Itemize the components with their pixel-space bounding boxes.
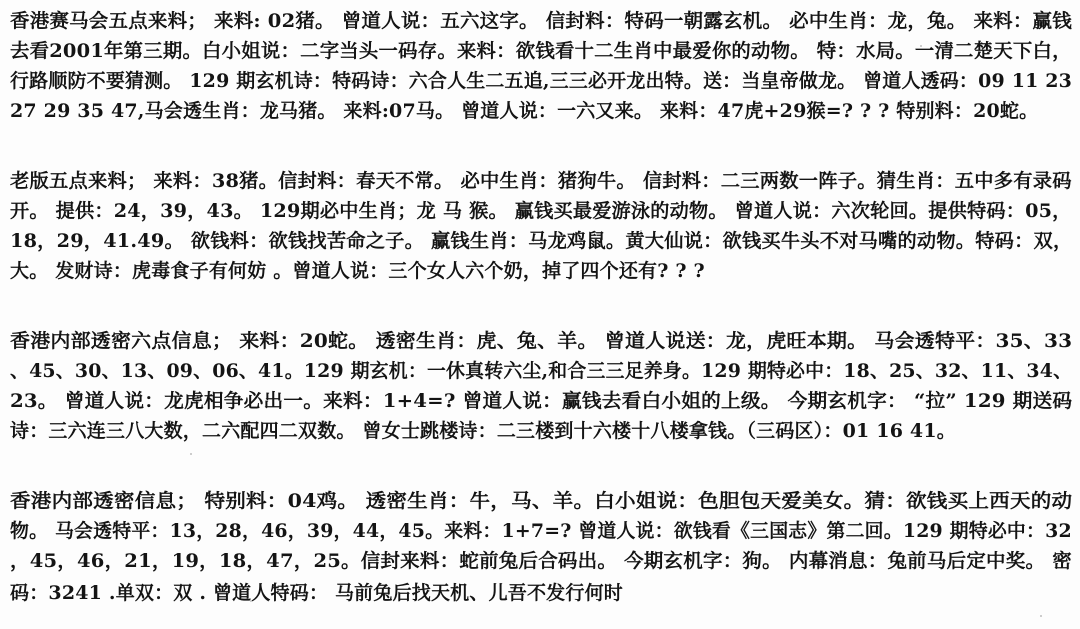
text-line: 诗：三六连三八大数，二六配四二双数。 曾女士跳楼诗：二三楼到十六楼十八楼拿钱。（…	[10, 418, 956, 444]
text-line: 18，29，41.49。 欲钱料：欲钱找苦命之子。 赢钱生肖：马龙鸡鼠。黄大仙说…	[10, 228, 1072, 254]
text-line: 27 29 35 47,马会透生肖：龙马猪。 来料:07马。 曾道人说：一六又来…	[10, 98, 1038, 124]
scan-noise	[190, 453, 192, 455]
text-line: 物。 马会透特平：13，28，46，39，44，45。来料：1+7=? 曾道人说…	[10, 518, 1072, 544]
scanned-document-page: 香港赛马会五点来料； 来料: 02猪。 曾道人说：五六这字。 信封料：特码一朝露…	[0, 0, 1080, 629]
scan-noise	[1040, 615, 1042, 617]
text-line: 码：3241 .单双：双 . 曾道人特码： 马前兔后找天机、儿吾不发行何时	[10, 580, 623, 606]
text-line: 香港赛马会五点来料； 来料: 02猪。 曾道人说：五六这字。 信封料：特码一朝露…	[10, 8, 1072, 34]
text-line: 香港内部透密信息； 特别料：04鸡。 透密生肖：牛，马、羊。白小姐说：色胆包天爱…	[10, 488, 1072, 514]
text-line: ，45，46，21，19，18，47，25。信封来料：蛇前兔后合码出。 今期玄机…	[10, 548, 1072, 574]
text-line: 、45、30、13、09、06、41。129 期玄机：一休真转六尘,和合三三足养…	[10, 358, 1072, 384]
text-line: 行路顺防不要猜测。 129 期玄机诗：特码诗：六合人生二五追,三三必开龙出特。送…	[10, 68, 1072, 94]
scan-noise	[250, 600, 252, 602]
scan-noise	[920, 45, 922, 47]
text-line: 去看2001年第三期。白小姐说：二字当头一码存。来料：欲钱看十二生肖中最爱你的动…	[10, 38, 1072, 64]
text-line: 23。 曾道人说：龙虎相争必出一。来料：1+4=? 曾道人说：赢钱去看白小姐的上…	[10, 388, 1072, 414]
text-line: 开。 提供：24，39，43。 129期必中生肖；龙 马 猴。 赢钱买最爱游泳的…	[10, 198, 1072, 224]
text-line: 老版五点来料； 来料：38猪。信封料：春天不常。 必中生肖：猪狗牛。 信封料：二…	[10, 168, 1072, 194]
scan-noise	[640, 230, 642, 232]
text-line: 大。 发财诗：虎毒食子有何妨 。曾道人说：三个女人六个奶，掉了四个还有? ? ?	[10, 258, 705, 284]
text-line: 香港内部透密六点信息； 来料：20蛇。 透密生肖：虎、兔、羊。 曾道人说送：龙，…	[10, 328, 1072, 354]
